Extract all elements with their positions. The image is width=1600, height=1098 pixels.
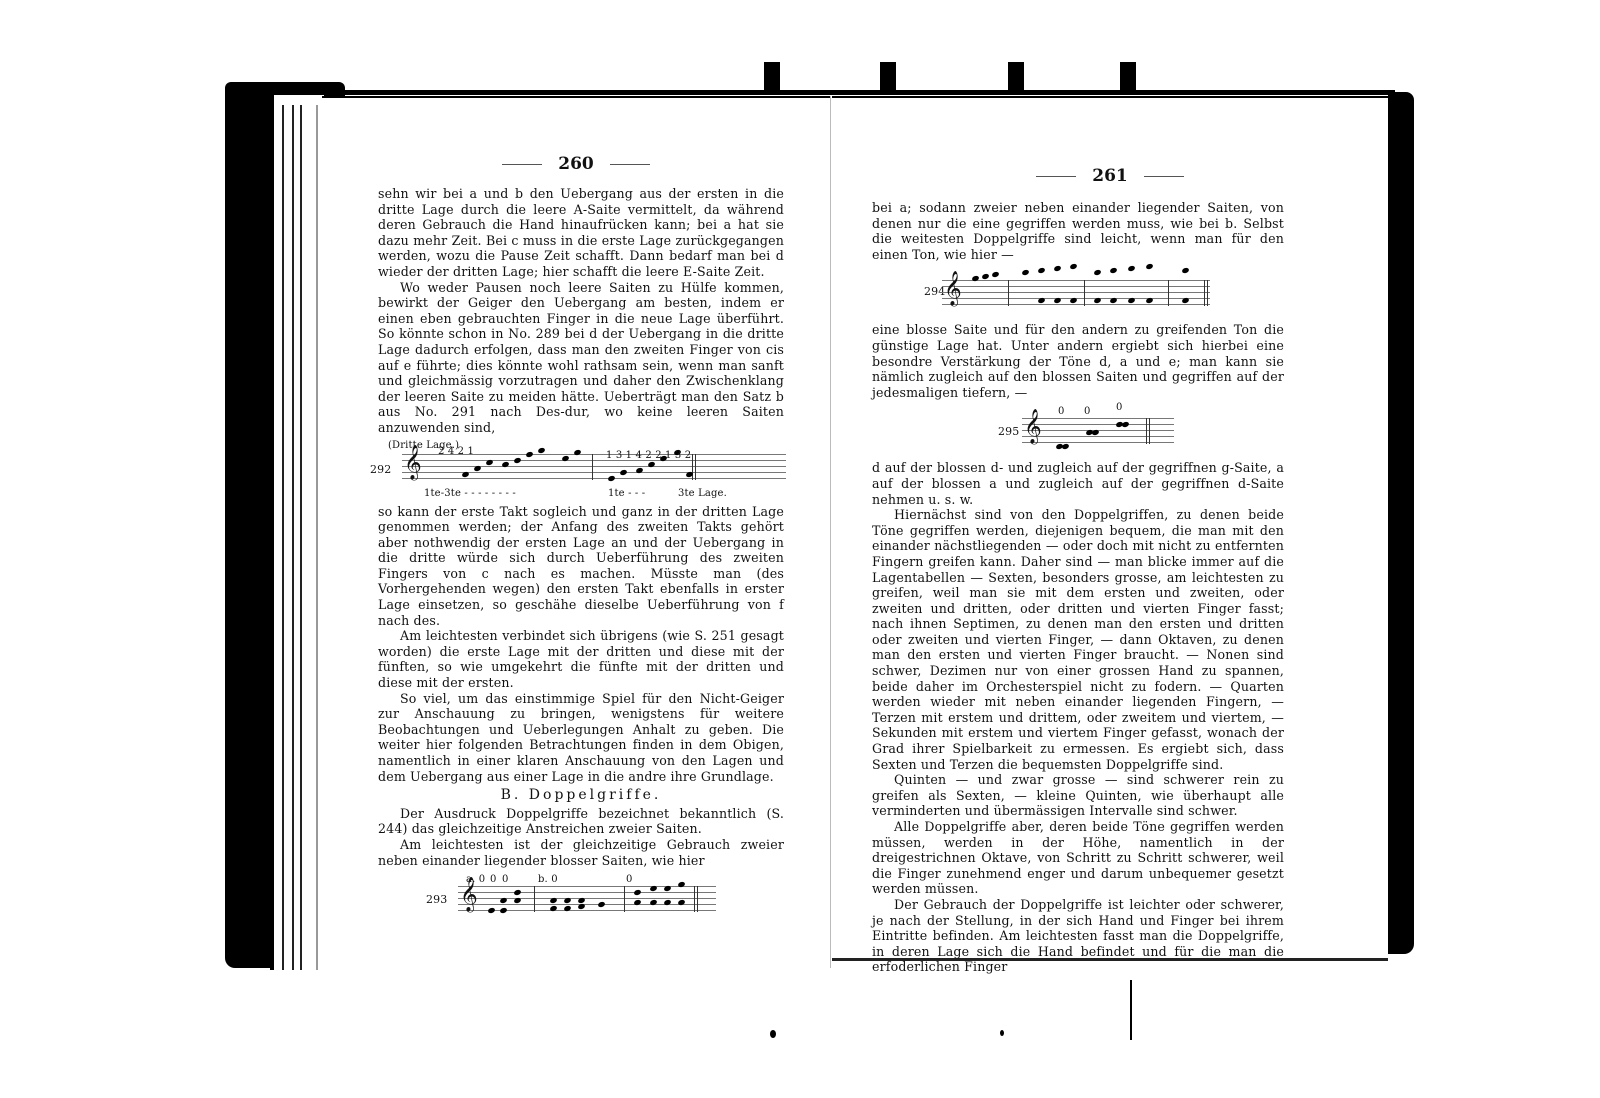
staff: 𝄞 <box>1022 418 1174 444</box>
paragraph: Hiernächst sind von den Doppelgriffen, z… <box>872 507 1284 772</box>
left-page: 260 sehn wir bei a und b den Uebergang a… <box>322 96 830 970</box>
paragraph: eine blosse Saite und für den andern zu … <box>872 322 1284 400</box>
example-number: 293 <box>426 892 447 908</box>
paragraph: Alle Doppelgriffe aber, deren beide Töne… <box>872 819 1284 897</box>
bookmark-tab <box>764 62 780 94</box>
paragraph: Der Gebrauch der Doppelgriffe ist leicht… <box>872 897 1284 975</box>
example-number: 295 <box>998 424 1019 440</box>
book-top-edge <box>320 90 1395 95</box>
paragraph: sehn wir bei a und b den Uebergang aus d… <box>378 186 784 280</box>
treble-clef-icon: 𝄞 <box>1024 410 1042 444</box>
paragraph: d auf der blossen d- und zugleich auf de… <box>872 460 1284 507</box>
music-example-294: 294 𝄞 <box>872 266 1284 318</box>
staff: 𝄞 <box>942 280 1210 306</box>
page-gutter <box>830 96 831 968</box>
music-example-292: (Dritte Lage.) 292 𝄞 2 4 2 1 1 3 1 4 2 2… <box>378 440 784 500</box>
scan-mark <box>1130 980 1132 1040</box>
paragraph: Der Ausdruck Doppelgriffe bezeichnet bek… <box>378 806 784 837</box>
paragraph: so kann der erste Takt sogleich und ganz… <box>378 504 784 629</box>
section-heading: B. Doppelgriffe. <box>378 788 784 804</box>
fingering: 2 4 2 1 <box>438 444 474 460</box>
paragraph: Am leichtesten ist der gleichzeitige Geb… <box>378 837 784 868</box>
music-example-293: 293 a. 0 0 0 b. 0 0 𝄞 <box>378 872 784 924</box>
page-edges <box>270 95 324 970</box>
example-number: 292 <box>370 462 391 478</box>
paragraph: Am leichtesten verbindet sich übrigens (… <box>378 628 784 690</box>
page-number: 260 <box>322 154 830 178</box>
bookmark-tab <box>880 62 896 94</box>
paragraph: Quinten — und zwar grosse — sind schwere… <box>872 772 1284 819</box>
right-page: 261 bei a; sodann zweier neben einander … <box>832 96 1388 961</box>
scan-speck <box>1000 1030 1004 1036</box>
paragraph: Wo weder Pausen noch leere Saiten zu Hül… <box>378 280 784 436</box>
string-label: 0 <box>1116 400 1123 416</box>
staff: 𝄞 <box>458 886 716 912</box>
paragraph: So viel, um das einstimmige Spiel für de… <box>378 691 784 785</box>
paragraph: bei a; sodann zweier neben einander lieg… <box>872 200 1284 262</box>
bookmark-tab <box>1120 62 1136 94</box>
treble-clef-icon: 𝄞 <box>944 272 962 306</box>
bookmark-tab <box>1008 62 1024 94</box>
left-page-body: sehn wir bei a und b den Uebergang aus d… <box>378 186 784 928</box>
page-number: 261 <box>832 166 1388 190</box>
position-label: 1te-3te - - - - - - - - <box>424 486 516 502</box>
position-label: 1te - - - <box>608 486 645 502</box>
book-cover-right <box>1388 92 1414 954</box>
right-page-body: bei a; sodann zweier neben einander lieg… <box>872 200 1284 975</box>
fingering: 1 3 1 4 2 2 1 3 2 <box>606 448 691 464</box>
treble-clef-icon: 𝄞 <box>460 878 478 912</box>
music-example-295: 295 0 0 0 𝄞 <box>872 404 1284 456</box>
position-label: 3te Lage. <box>678 486 727 502</box>
treble-clef-icon: 𝄞 <box>404 446 422 480</box>
scan-speck <box>770 1030 776 1038</box>
